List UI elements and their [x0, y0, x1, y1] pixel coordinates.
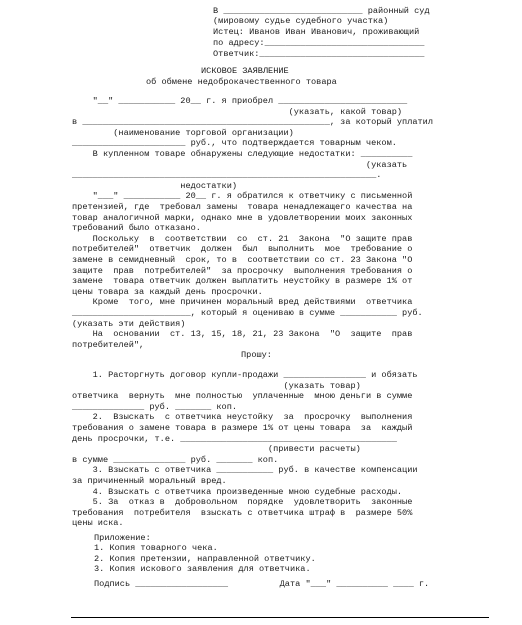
body-line: (указать эти действия) [72, 319, 185, 329]
request-line: ______________ руб. _______ коп. [72, 402, 237, 412]
signature-line: Подпись __________________ Дата "___" __… [94, 579, 429, 589]
attachments-heading: Приложение: [94, 533, 151, 543]
body-line: Поскольку в соответствии со ст. 21 Закон… [72, 234, 412, 244]
request-line: ответчика вернуть мне полностью уплаченн… [72, 391, 412, 401]
address-line: по адресу:______________________________… [213, 38, 424, 48]
request-line: 1. Расторгнуть договор купли-продажи ___… [72, 370, 418, 380]
request-line: в сумме ______________ руб. _______ коп. [72, 455, 278, 465]
document-subtitle: об обмене недоброкачественного товара [146, 77, 337, 87]
body-line: претензией, где требовал замены товара н… [72, 202, 412, 212]
body-line: В купленном товаре обнаружены следующие … [72, 149, 412, 159]
attachment-item: 3. Копия искового заявления для ответчик… [94, 564, 311, 574]
request-line: 2. Взыскать с ответчика неустойку за про… [72, 412, 412, 422]
request-line: 4. Взыскать с ответчика произведенные мн… [72, 487, 402, 497]
court-line: В ___________________________ районный с… [213, 6, 430, 16]
body-line: (указать [72, 160, 407, 170]
body-line: замене в семидневный срок, то в соответс… [72, 255, 412, 265]
document-title: ИСКОВОЕ ЗАЯВЛЕНИЕ [201, 66, 289, 76]
request-heading: Прошу: [241, 350, 272, 360]
plaintiff-line: Истец: Иванов Иван Иванович, проживающий [213, 27, 419, 37]
document-page: В ___________________________ районный с… [0, 0, 522, 625]
request-line: требования потребителя взыскать с ответч… [72, 508, 412, 518]
body-line: цены товара за каждый день просрочки. [72, 287, 263, 297]
body-line: потребителей" ответчик должен был выполн… [72, 244, 412, 254]
body-line: Кроме того, мне причинен моральный вред … [72, 297, 412, 307]
request-line: (привести расчеты) [72, 444, 361, 454]
body-line: ________________________________________… [72, 170, 381, 180]
body-line: недостатки) [72, 181, 237, 191]
body-line: замене товара ответчик должен выплатить … [72, 276, 412, 286]
request-line: за причиненный моральный вред. [72, 476, 227, 486]
body-line: потребителей", [72, 340, 144, 350]
body-line: в ______________________________________… [72, 117, 433, 127]
bottom-rule [71, 617, 489, 618]
body-line: (наименование торговой организации) [72, 128, 294, 138]
body-line: _______________________, который я оцени… [72, 308, 423, 318]
attachment-item: 2. Копия претензии, направленной ответчи… [94, 554, 316, 564]
body-line: На основании ст. 13, 15, 18, 21, 23 Зако… [72, 329, 412, 339]
attachment-item: 1. Копия товарного чека. [94, 543, 218, 553]
request-line: день просрочки, т.е. ___________________… [72, 434, 397, 444]
request-line: 5. За отказ в добровольном порядке удовл… [72, 497, 412, 507]
request-line: 3. Взыскать с ответчика ___________ руб.… [72, 465, 418, 475]
body-line: "___" ___________ 20__ г. я обратился к … [72, 191, 412, 201]
request-line: требования о замене товара в размере 1% … [72, 423, 412, 433]
body-line: ______________________ руб., что подтвер… [72, 138, 397, 148]
court-hint: (мировому судье судебного участка) [213, 16, 388, 26]
body-line: требований было отказано. [72, 223, 201, 233]
body-line: "__" ___________ 20__ г. я приобрел ____… [72, 96, 407, 106]
request-line: цены иска. [72, 518, 124, 528]
body-line: товар аналогичной марки, однако мне в уд… [72, 213, 412, 223]
request-line: (указать товар) [72, 381, 361, 391]
body-line: (указать, какой товар) [72, 107, 402, 117]
body-line: защите прав потребителей" за просрочку в… [72, 266, 412, 276]
defendant-line: Ответчик:_______________________________… [213, 49, 424, 59]
